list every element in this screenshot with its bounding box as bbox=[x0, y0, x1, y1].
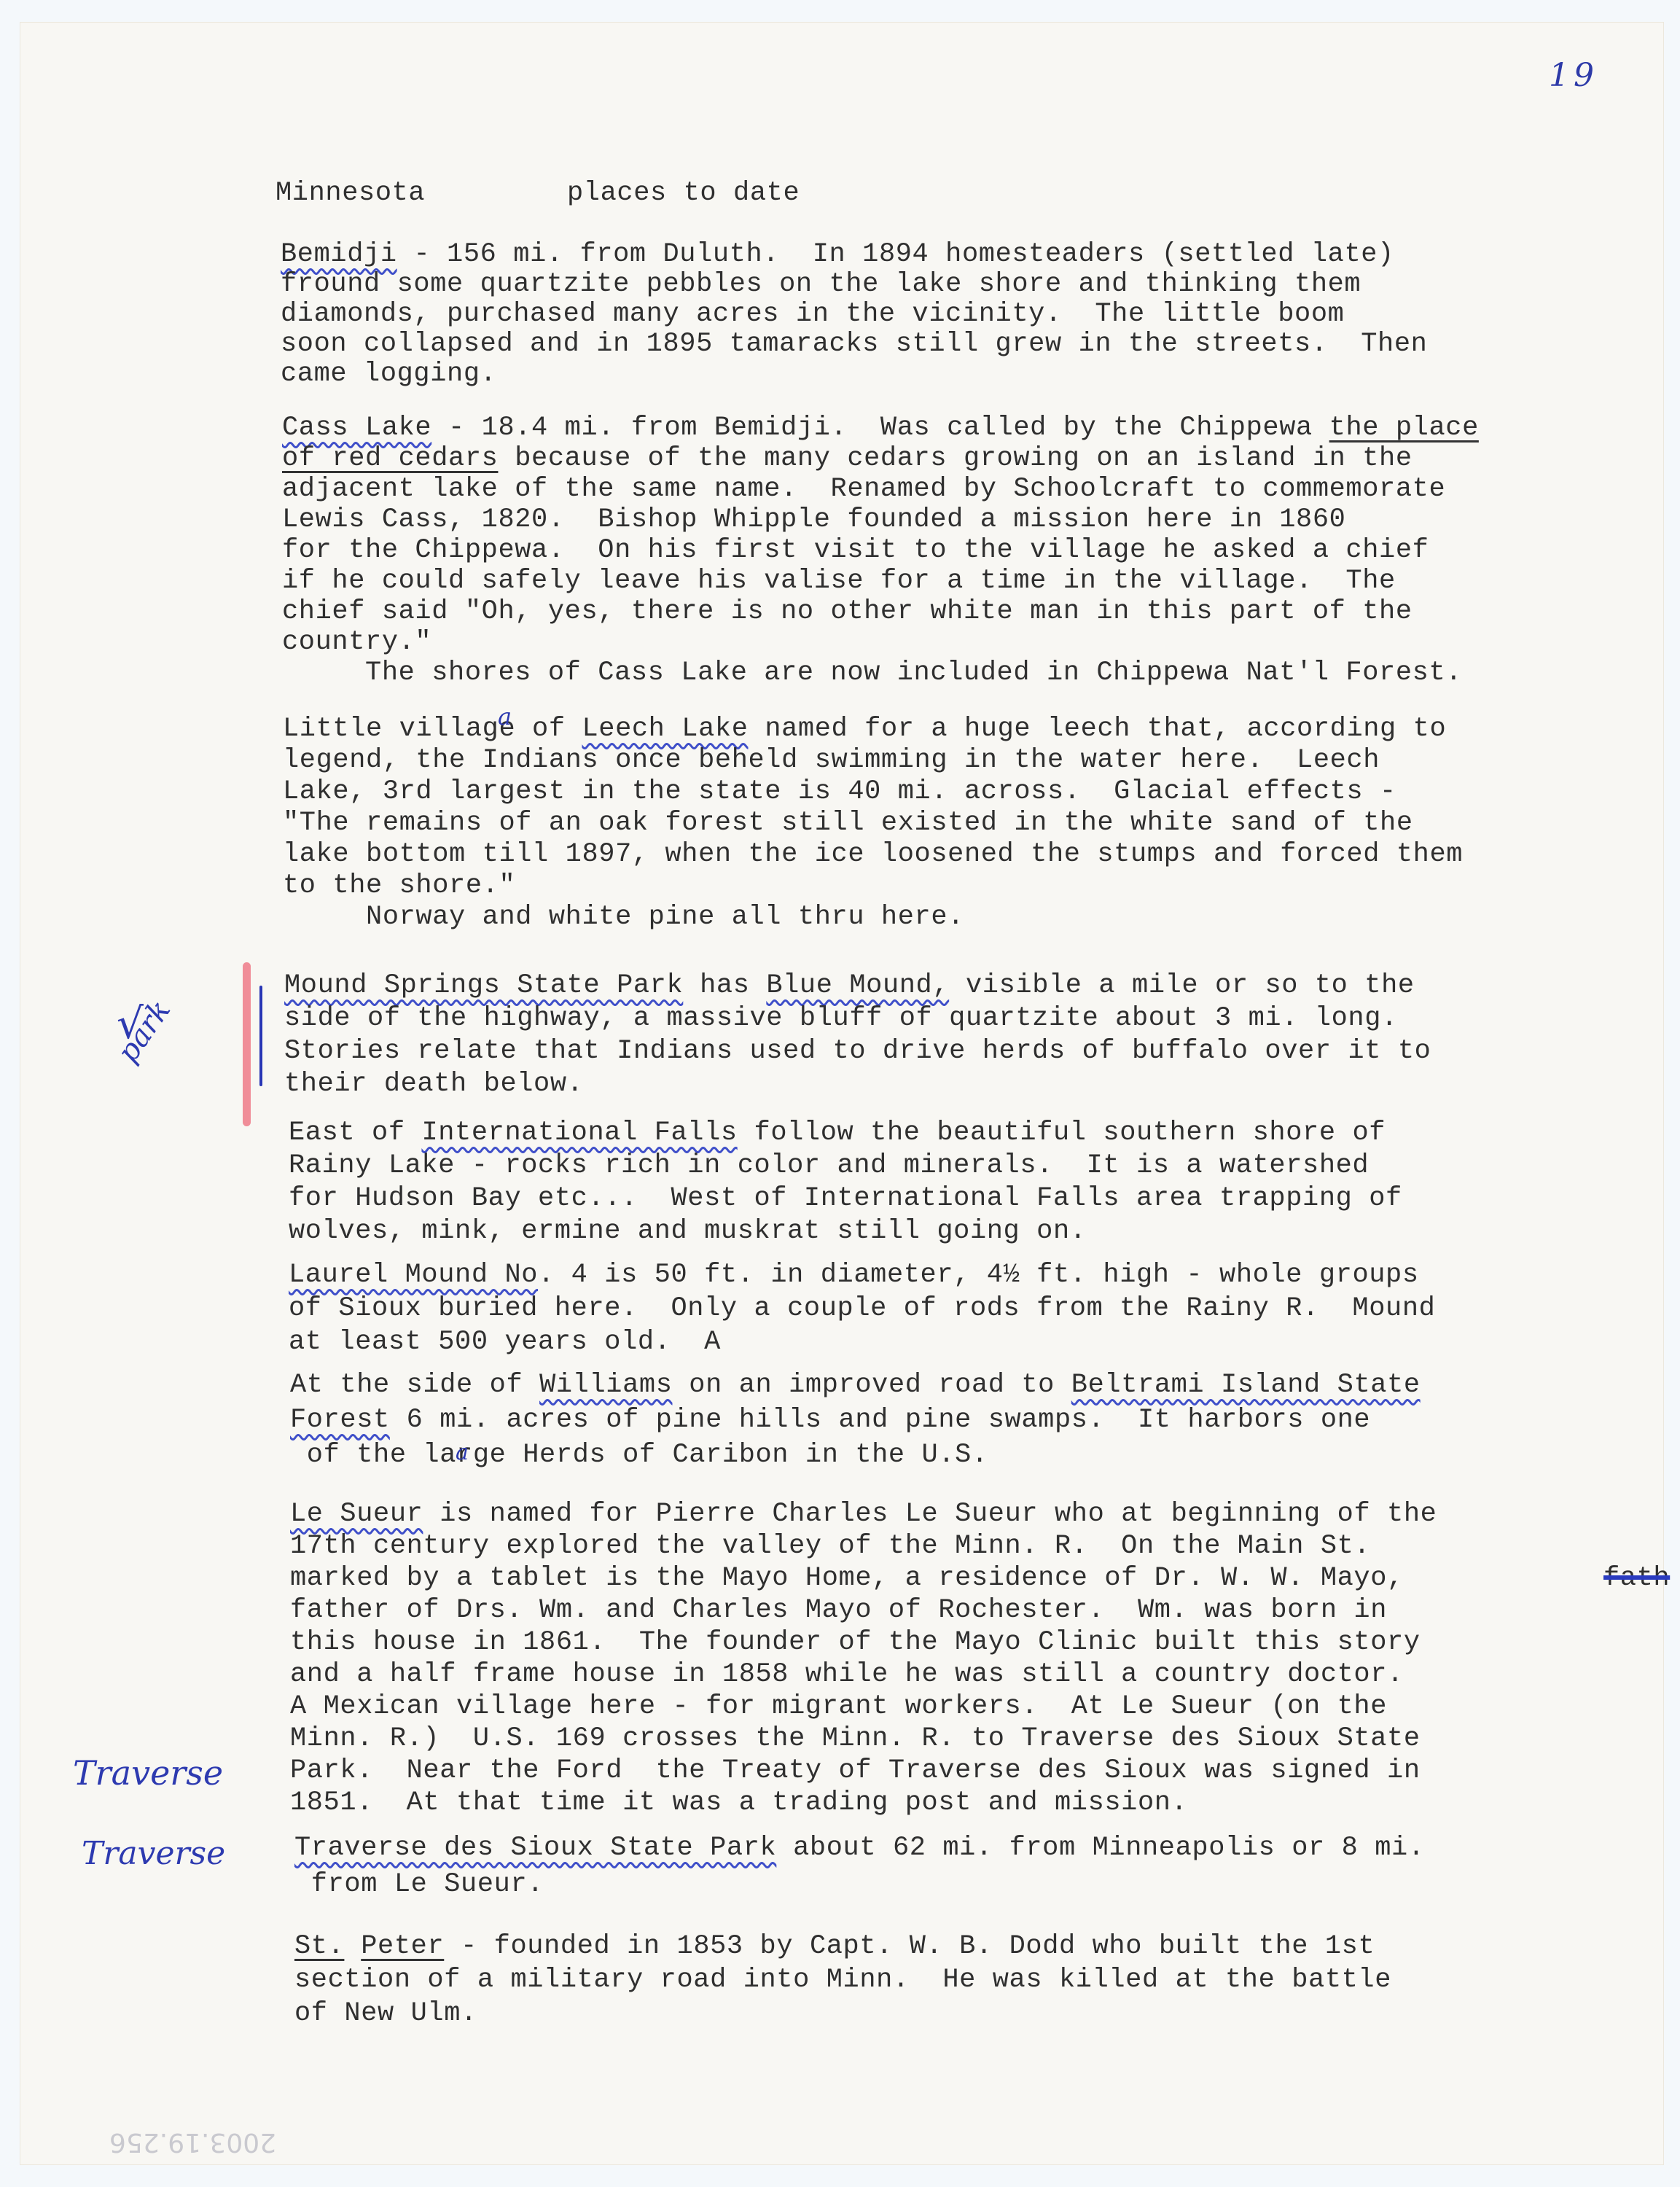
text-line: Forest 6 mi. acres of pine hills and pin… bbox=[290, 1404, 1370, 1436]
text-line: side of the highway, a massive bluff of … bbox=[284, 1002, 1398, 1034]
text-line: country." bbox=[282, 626, 431, 658]
text-line: from Le Sueur. bbox=[294, 1868, 544, 1901]
text-line: Cass Lake - 18.4 mi. from Bemidji. Was c… bbox=[282, 412, 1479, 444]
red-margin-bar bbox=[243, 962, 251, 1126]
heading-right: places to date bbox=[567, 177, 800, 209]
text-line: Stories relate that Indians used to driv… bbox=[284, 1035, 1431, 1067]
text-line: of New Ulm. bbox=[294, 1997, 477, 2030]
text-line: Le Sueur is named for Pierre Charles Le … bbox=[290, 1498, 1437, 1530]
text-line: 1851. At that time it was a trading post… bbox=[290, 1787, 1187, 1819]
text-line: Bemidji - 156 mi. from Duluth. In 1894 h… bbox=[281, 238, 1394, 270]
text-line: legend, the Indians once beheld swimming… bbox=[283, 744, 1380, 776]
insert-letter-a-large: a bbox=[456, 1440, 469, 1465]
heading-left: Minnesota bbox=[276, 177, 425, 209]
pencil-accession-number: 2003.19.256 bbox=[109, 2127, 276, 2157]
text-line: diamonds, purchased many acres in the vi… bbox=[281, 298, 1344, 330]
text-line: fround some quartzite pebbles on the lak… bbox=[281, 268, 1361, 300]
text-line: Minn. R.) U.S. 169 crosses the Minn. R. … bbox=[290, 1723, 1421, 1755]
text-line: "The remains of an oak forest still exis… bbox=[283, 807, 1413, 839]
text-line: father of Drs. Wm. and Charles Mayo of R… bbox=[290, 1594, 1387, 1626]
text-line: section of a military road into Minn. He… bbox=[294, 1964, 1391, 1996]
text-line: of red cedars because of the many cedars… bbox=[282, 443, 1413, 475]
text-line: Lake, 3rd largest in the state is 40 mi.… bbox=[283, 776, 1396, 808]
text-line: A Mexican village here - for migrant wor… bbox=[290, 1691, 1387, 1723]
text-line: 17th century explored the valley of the … bbox=[290, 1530, 1370, 1562]
text-line: at least 500 years old. A bbox=[289, 1326, 721, 1358]
text-line: East of International Falls follow the b… bbox=[289, 1117, 1386, 1149]
text-line: wolves, mink, ermine and muskrat still g… bbox=[289, 1215, 1087, 1247]
text-line: Laurel Mound No. 4 is 50 ft. in diameter… bbox=[289, 1259, 1419, 1291]
text-line: Little village of Leech Lake named for a… bbox=[283, 713, 1446, 745]
text-line: lake bottom till 1897, when the ice loos… bbox=[283, 838, 1463, 870]
text-line: of Sioux buried here. Only a couple of r… bbox=[289, 1293, 1435, 1325]
text-line: of the large Herds of Caribon in the U.S… bbox=[290, 1439, 988, 1471]
struck-word: fath bbox=[1603, 1562, 1670, 1594]
text-line: soon collapsed and in 1895 tamaracks sti… bbox=[281, 328, 1427, 360]
text-line: chief said "Oh, yes, there is no other w… bbox=[282, 596, 1413, 628]
blue-margin-bar bbox=[259, 986, 262, 1086]
insert-letter-a: a bbox=[498, 703, 512, 730]
text-line: Traverse des Sioux State Park about 62 m… bbox=[294, 1832, 1425, 1864]
margin-note-traverse-1: Traverse bbox=[73, 1753, 223, 1793]
text-line: adjacent lake of the same name. Renamed … bbox=[282, 473, 1445, 505]
text-line: Mound Springs State Park has Blue Mound,… bbox=[284, 970, 1415, 1002]
text-line: marked by a tablet is the Mayo Home, a r… bbox=[290, 1562, 1404, 1594]
text-line: for the Chippewa. On his first visit to … bbox=[282, 534, 1429, 566]
text-line: their death below. bbox=[284, 1068, 583, 1100]
text-line: St. Peter - founded in 1853 by Capt. W. … bbox=[294, 1930, 1375, 1962]
text-line: At the side of Williams on an improved r… bbox=[290, 1369, 1421, 1401]
text-line: if he could safely leave his valise for … bbox=[282, 565, 1396, 597]
text-line: came logging. bbox=[281, 358, 496, 390]
text-line: Rainy Lake - rocks rich in color and min… bbox=[289, 1150, 1369, 1182]
text-line: and a half frame house in 1858 while he … bbox=[290, 1658, 1404, 1691]
margin-note-traverse-2: Traverse bbox=[82, 1835, 225, 1872]
text-line: Park. Near the Ford the Treaty of Traver… bbox=[290, 1755, 1421, 1787]
text-line: Lewis Cass, 1820. Bishop Whipple founded… bbox=[282, 504, 1345, 536]
text-line: for Hudson Bay etc... West of Internatio… bbox=[289, 1182, 1402, 1215]
text-line: Norway and white pine all thru here. bbox=[283, 901, 964, 933]
text-line: The shores of Cass Lake are now included… bbox=[282, 657, 1462, 689]
text-line: this house in 1861. The founder of the M… bbox=[290, 1626, 1421, 1658]
page-number: 19 bbox=[1549, 57, 1598, 94]
text-line: to the shore." bbox=[283, 870, 515, 902]
